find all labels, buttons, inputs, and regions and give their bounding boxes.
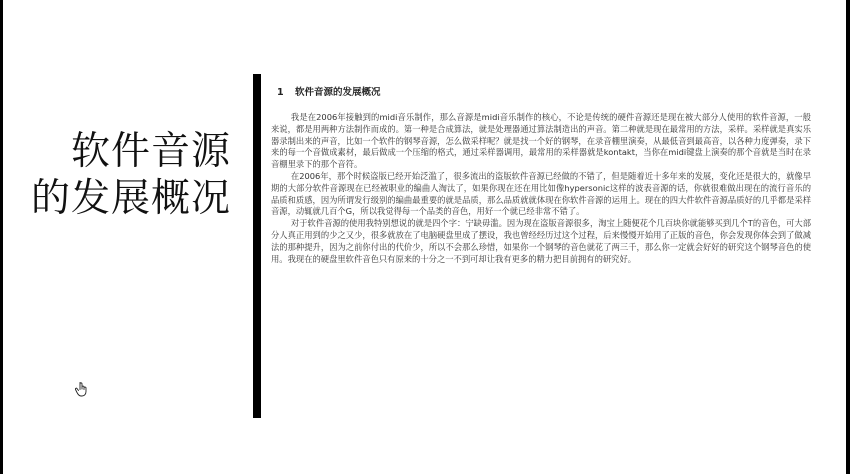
section-heading: 1 软件音源的发展概况 — [277, 84, 811, 98]
section-number: 1 — [277, 87, 284, 98]
slide-title: 软件音源 的发展概况 — [31, 128, 231, 222]
slide-title-line-2: 的发展概况 — [31, 175, 231, 222]
paragraph-3: 对于软件音源的使用我特别想说的就是四个字：宁缺毋滥。因为现在盗版音源很多，淘宝上… — [271, 218, 811, 265]
slide-canvas: 软件音源 的发展概况 1 软件音源的发展概况 我是在2006年接触到的midi音… — [3, 0, 846, 474]
document-excerpt: 1 软件音源的发展概况 我是在2006年接触到的midi音乐制作，那么音源是mi… — [271, 80, 811, 265]
slide-title-line-1: 软件音源 — [31, 128, 231, 175]
section-heading-text: 软件音源的发展概况 — [295, 87, 381, 98]
paragraph-2: 在2006年，那个时候盗版已经开始泛滥了，很多流出的盗版软件音源已经做的不错了，… — [271, 171, 811, 218]
hand-pointer-icon — [75, 381, 89, 397]
vertical-divider-bar — [253, 74, 261, 418]
paragraph-1: 我是在2006年接触到的midi音乐制作，那么音源是midi音乐制作的核心，不论… — [271, 112, 811, 171]
